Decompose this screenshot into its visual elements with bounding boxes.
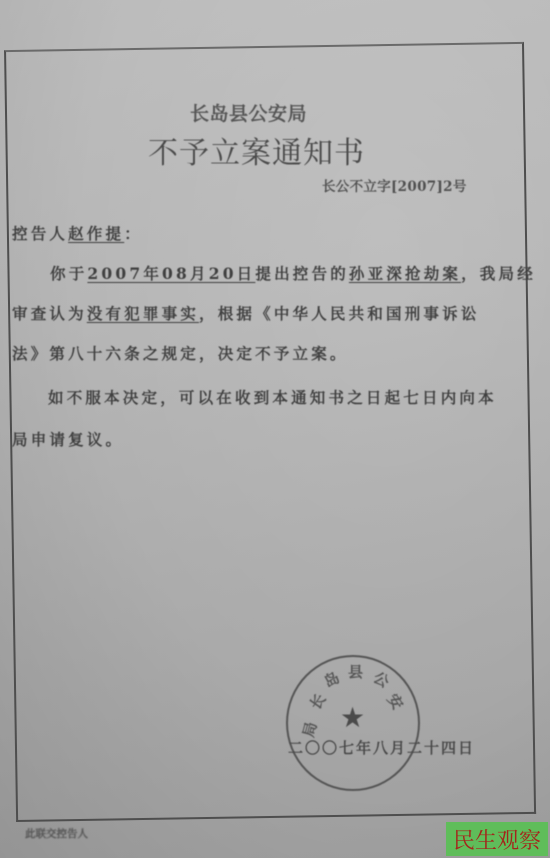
issuing-agency: 长岛县公安局 <box>190 99 307 126</box>
addressee-suffix: ： <box>124 224 143 243</box>
watermark-badge: 民生观察 <box>446 822 548 856</box>
text-fragment: ，我局经 <box>461 264 536 283</box>
addressee-prefix: 控告人 <box>12 224 68 243</box>
seal-char: 县 <box>348 661 363 682</box>
seal-char: 长 <box>305 689 331 713</box>
official-seal: 长 岛 县 公 安 局 ★ <box>286 655 420 791</box>
text-fragment: ，根据《中华人民共和国刑事诉讼 <box>199 304 480 323</box>
text-fragment: 提出控告的 <box>255 264 349 283</box>
star-icon: ★ <box>340 701 365 734</box>
case-name: 孙亚深抢劫案 <box>349 264 461 283</box>
paragraph1-line3: 法》第八十六条之规定，决定不予立案。 <box>12 342 349 364</box>
paragraph1-line1: 你于2007年08月20日提出控告的孙亚深抢劫案，我局经 <box>50 262 536 284</box>
copy-recipient-note: 此联交控告人 <box>25 826 88 841</box>
signature-date: 二〇〇七年八月二十四日 <box>288 737 475 758</box>
paragraph2-line1: 如不服本决定，可以在收到本通知书之日起七日内向本 <box>48 386 497 408</box>
review-finding: 没有犯罪事实 <box>87 304 199 323</box>
addressee-name: 赵作提 <box>68 224 124 243</box>
paragraph1-line2: 审查认为没有犯罪事实，根据《中华人民共和国刑事诉讼 <box>12 302 480 324</box>
text-fragment: 你于 <box>50 264 87 283</box>
paragraph2-line2: 局申请复议。 <box>12 428 124 450</box>
text-fragment: 审查认为 <box>12 304 87 323</box>
watermark-text: 民生观察 <box>453 824 541 855</box>
addressee-line: 控告人赵作提： <box>12 222 143 244</box>
seal-char: 岛 <box>320 667 344 693</box>
seal-char: 公 <box>370 667 394 693</box>
document-title: 不予立案通知书 <box>148 128 365 172</box>
complaint-date: 2007年08月20日 <box>87 264 255 283</box>
seal-char: 安 <box>383 689 409 713</box>
document-number: 长公不立字[2007]2号 <box>322 175 467 195</box>
